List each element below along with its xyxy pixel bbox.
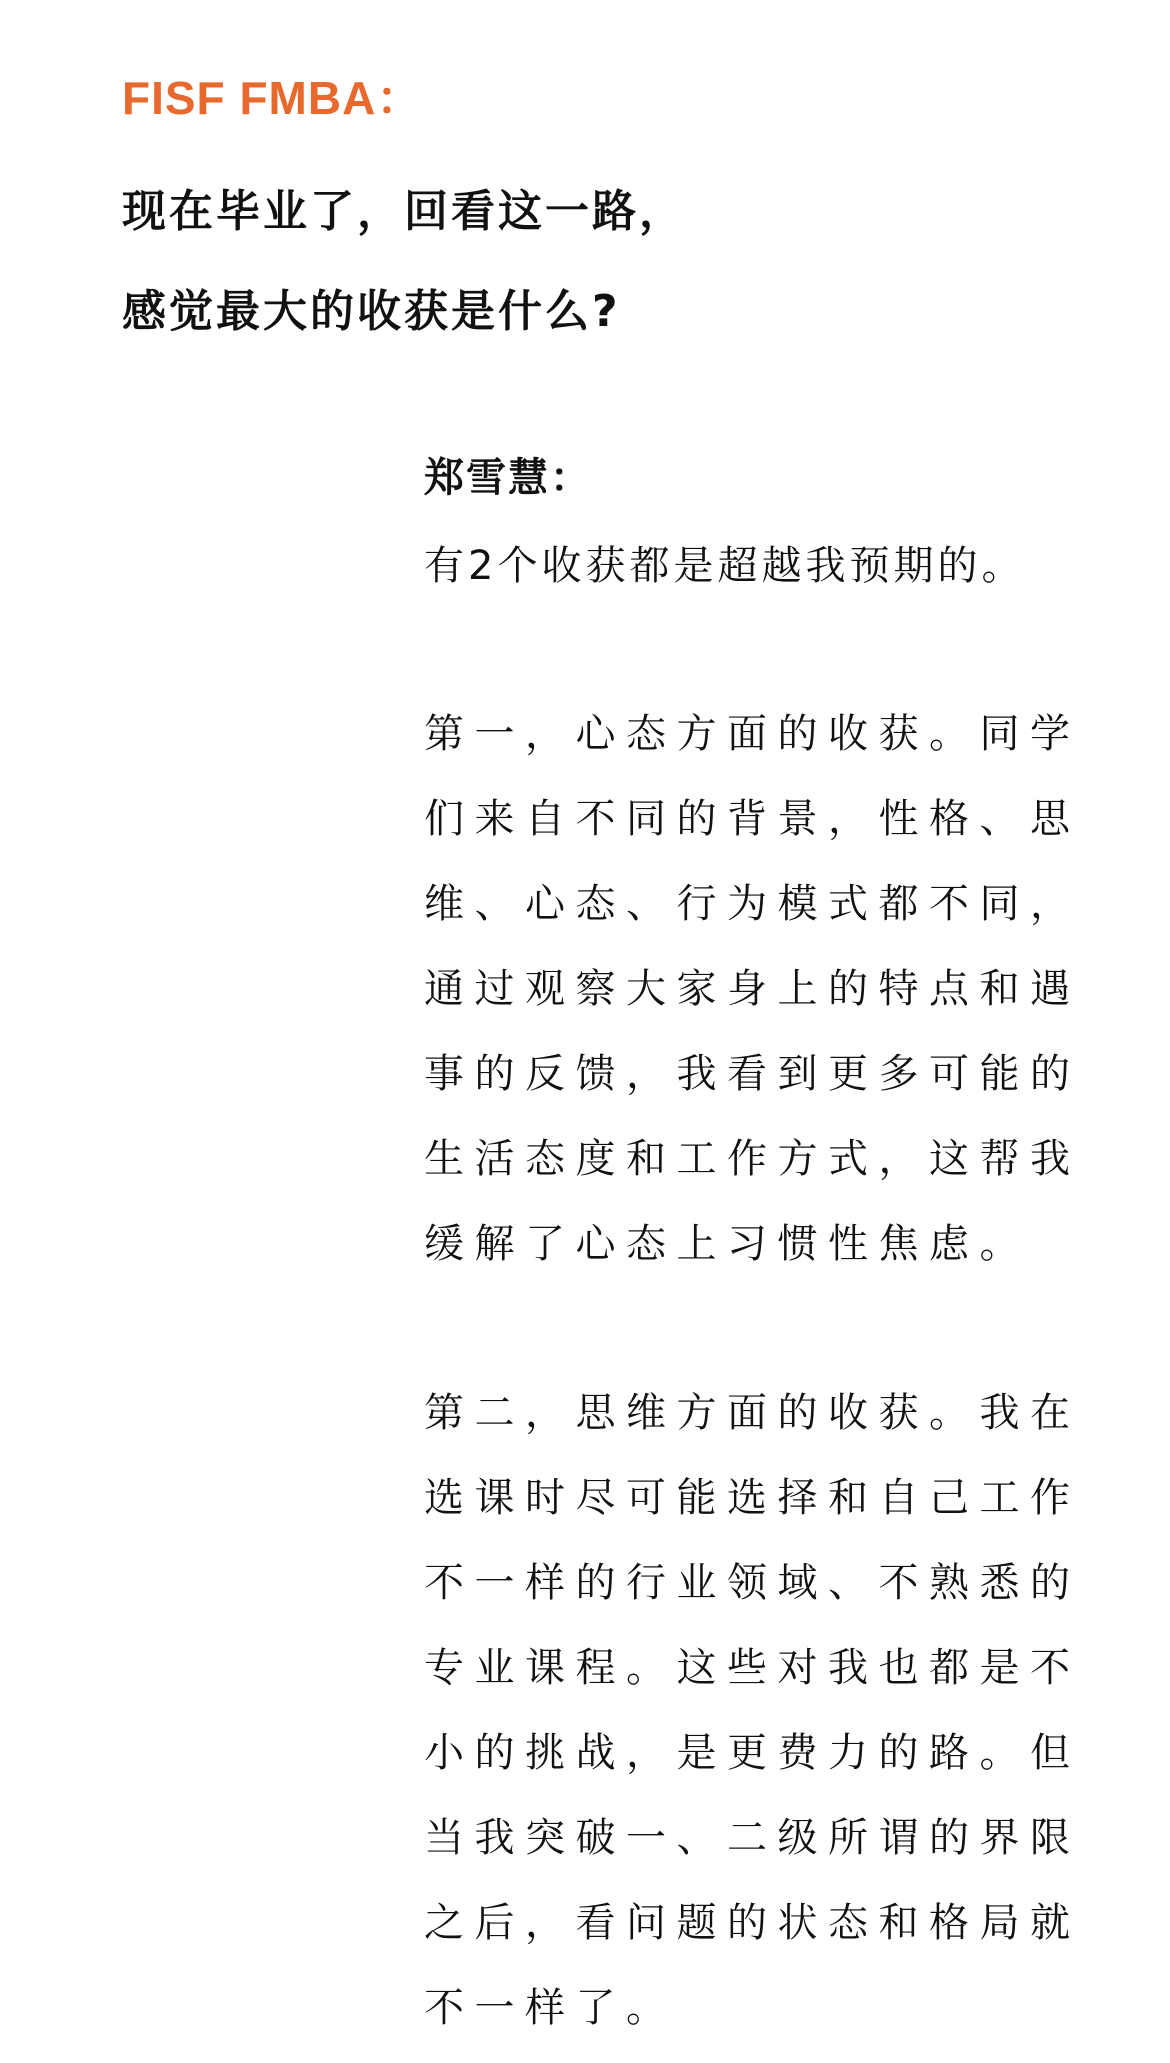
- paragraph-line: 之后，看问题的状态和格局就: [424, 1881, 1064, 1966]
- interviewer-label: FISF FMBA：: [122, 68, 423, 128]
- answer-block: 郑雪慧： 有2个收获都是超越我预期的。 第一，心态方面的收获。同学 们来自不同的…: [424, 448, 1064, 2051]
- paragraph-line: 生活态度和工作方式，这帮我: [424, 1117, 1064, 1202]
- paragraph-line: 缓解了心态上习惯性焦虑。: [424, 1202, 1064, 1287]
- answer-paragraph-first: 第一，心态方面的收获。同学 们来自不同的背景，性格、思 维、心态、行为模式都不同…: [424, 692, 1064, 1287]
- answer-paragraph-second: 第二，思维方面的收获。我在 选课时尽可能选择和自己工作 不一样的行业领域、不熟悉…: [424, 1371, 1064, 2051]
- speaker-name: 郑雪慧：: [424, 448, 1064, 508]
- question-line: 感觉最大的收获是什么?: [122, 262, 686, 362]
- paragraph-line: 们来自不同的背景，性格、思: [424, 777, 1064, 862]
- paragraph-line: 选课时尽可能选择和自己工作: [424, 1456, 1064, 1541]
- paragraph-line: 不一样了。: [424, 1966, 1064, 2051]
- paragraph-line: 第二，思维方面的收获。我在: [424, 1371, 1064, 1456]
- paragraph-line: 维、心态、行为模式都不同，: [424, 862, 1064, 947]
- paragraph-line: 不一样的行业领域、不熟悉的: [424, 1541, 1064, 1626]
- paragraph-line: 专业课程。这些对我也都是不: [424, 1626, 1064, 1711]
- paragraph-line: 小的挑战，是更费力的路。但: [424, 1711, 1064, 1796]
- interview-question: 现在毕业了，回看这一路， 感觉最大的收获是什么?: [122, 162, 686, 362]
- answer-intro: 有2个收获都是超越我预期的。: [424, 524, 1064, 608]
- question-line: 现在毕业了，回看这一路，: [122, 162, 686, 262]
- paragraph-line: 第一，心态方面的收获。同学: [424, 692, 1064, 777]
- paragraph-line: 通过观察大家身上的特点和遇: [424, 947, 1064, 1032]
- paragraph-line: 当我突破一、二级所谓的界限: [424, 1796, 1064, 1881]
- paragraph-line: 事的反馈，我看到更多可能的: [424, 1032, 1064, 1117]
